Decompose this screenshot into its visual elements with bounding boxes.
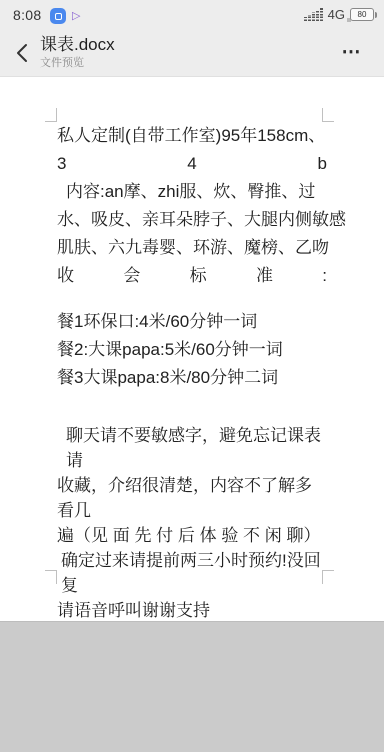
doc-line: 收藏，介绍很清楚，内容不了解多看几: [57, 473, 327, 523]
phone-screen: 8:08 ▷ 4G 80 课表.docx: [0, 0, 384, 752]
network-type-label: 4G: [328, 7, 345, 22]
app-header: 课表.docx 文件预览 ⋯: [0, 30, 384, 77]
page-corner-mark: [45, 108, 57, 122]
doc-cell: 3: [57, 150, 66, 178]
document-body: 私人定制(自带工作室)95年158cm、 3 4 b 内容:an摩、zhi服、炊…: [57, 122, 327, 623]
back-button[interactable]: [6, 34, 38, 72]
page-corner-mark: [322, 108, 334, 122]
doc-line: 请语音呼叫谢谢支持: [57, 598, 327, 623]
doc-line: 聊天请不要敏感字，避免忘记课表请: [57, 423, 327, 473]
chevron-left-icon: [16, 43, 28, 63]
doc-cell: 准: [256, 262, 273, 290]
document-preview[interactable]: 私人定制(自带工作室)95年158cm、 3 4 b 内容:an摩、zhi服、炊…: [0, 78, 384, 621]
doc-line-justified: 收 会 标 准 :: [57, 262, 327, 290]
doc-cell: 收: [57, 262, 74, 290]
top-chrome: 8:08 ▷ 4G 80 课表.docx: [0, 0, 384, 77]
doc-line: 餐3大课papa:8米/80分钟二词: [57, 364, 327, 392]
page-background-area: [0, 621, 384, 752]
doc-cell: 会: [123, 262, 140, 290]
doc-line-justified: 3 4 b: [57, 150, 327, 178]
docs-app-icon: [50, 8, 66, 24]
doc-line: 餐2:大课papa:5米/60分钟一词: [57, 336, 327, 364]
play-notification-icon: ▷: [72, 8, 80, 24]
document-title: 课表.docx: [40, 35, 115, 55]
doc-cell: b: [318, 150, 327, 178]
page-corner-mark: [45, 570, 57, 584]
doc-cell: :: [322, 262, 327, 290]
doc-cell: 4: [187, 150, 196, 178]
paragraph-gap: [57, 392, 327, 423]
clock-time: 8:08: [13, 7, 41, 23]
battery-icon: 80: [350, 8, 374, 21]
paragraph-gap: [57, 290, 327, 308]
status-bar: 8:08 ▷ 4G 80: [0, 0, 384, 30]
preview-label: 文件预览: [40, 56, 115, 70]
doc-line: 私人定制(自带工作室)95年158cm、: [57, 122, 327, 150]
doc-line: 餐1环保口:4米/60分钟一词: [57, 308, 327, 336]
closing-paragraph: 聊天请不要敏感字，避免忘记课表请 收藏，介绍很清楚，内容不了解多看几 遍（见 面…: [57, 423, 327, 623]
doc-line: 确定过来请提前两三小时预约!没回复: [57, 548, 327, 598]
doc-line: 水、吸皮、亲耳朵脖子、大腿内侧敏感: [57, 206, 327, 234]
doc-cell: 标: [190, 262, 207, 290]
cellular-signal-icon: [304, 8, 323, 21]
doc-line: 遍（见 面 先 付 后 体 验 不 闲 聊）: [57, 523, 327, 548]
battery-percent: 80: [358, 11, 367, 19]
doc-line: 肌肤、六九毒婴、环游、魔榜、乙吻: [57, 234, 327, 262]
status-bar-right: 4G 80: [304, 7, 374, 22]
more-options-button[interactable]: ⋯: [330, 36, 374, 70]
doc-line: 内容:an摩、zhi服、炊、臀推、过: [57, 178, 327, 206]
header-text: 课表.docx 文件预览: [40, 35, 115, 70]
ellipsis-icon: ⋯: [342, 42, 363, 63]
